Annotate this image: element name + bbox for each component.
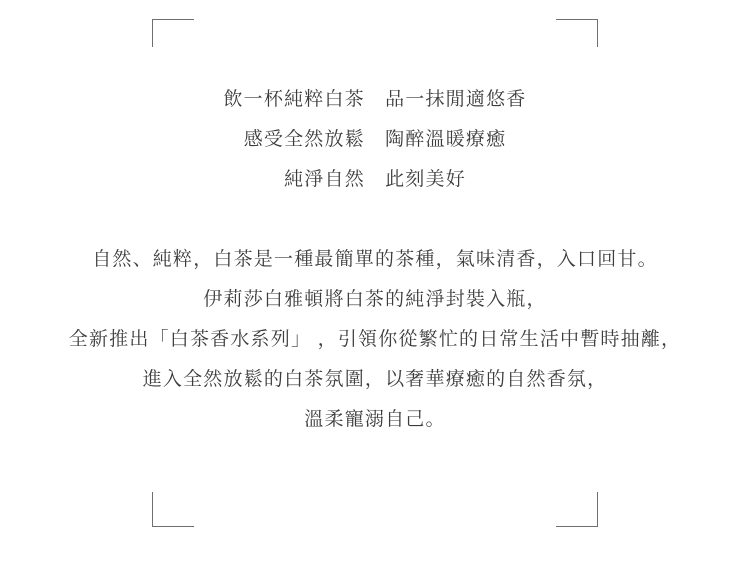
tagline-line-3: 純淨自然 此刻美好 [0,160,750,200]
corner-bracket-top-left-icon [152,19,194,47]
description-block: 自然、純粹，白茶是一種最簡單的茶種，氣味清香，入口回甘。 伊莉莎白雅頓將白茶的純… [0,240,750,440]
description-line-1: 自然、純粹，白茶是一種最簡單的茶種，氣味清香，入口回甘。 [0,240,750,280]
description-line-2: 伊莉莎白雅頓將白茶的純淨封裝入瓶， [0,280,750,320]
description-line-5: 溫柔寵溺自己。 [0,400,750,440]
corner-bracket-top-right-icon [556,19,598,47]
tagline-line-2: 感受全然放鬆 陶醉溫暖療癒 [0,120,750,160]
description-line-3: 全新推出「白茶香水系列」 ，引領你從繁忙的日常生活中暫時抽離， [0,320,750,360]
description-line-4: 進入全然放鬆的白茶氛圍，以奢華療癒的自然香氛， [0,360,750,400]
white-tea-intro-page: 飲一杯純粹白茶 品一抹閒適悠香 感受全然放鬆 陶醉溫暖療癒 純淨自然 此刻美好 … [0,0,750,577]
tagline-line-1: 飲一杯純粹白茶 品一抹閒適悠香 [0,80,750,120]
corner-bracket-bottom-left-icon [152,492,194,527]
tagline-block: 飲一杯純粹白茶 品一抹閒適悠香 感受全然放鬆 陶醉溫暖療癒 純淨自然 此刻美好 [0,80,750,200]
corner-bracket-bottom-right-icon [556,492,598,527]
